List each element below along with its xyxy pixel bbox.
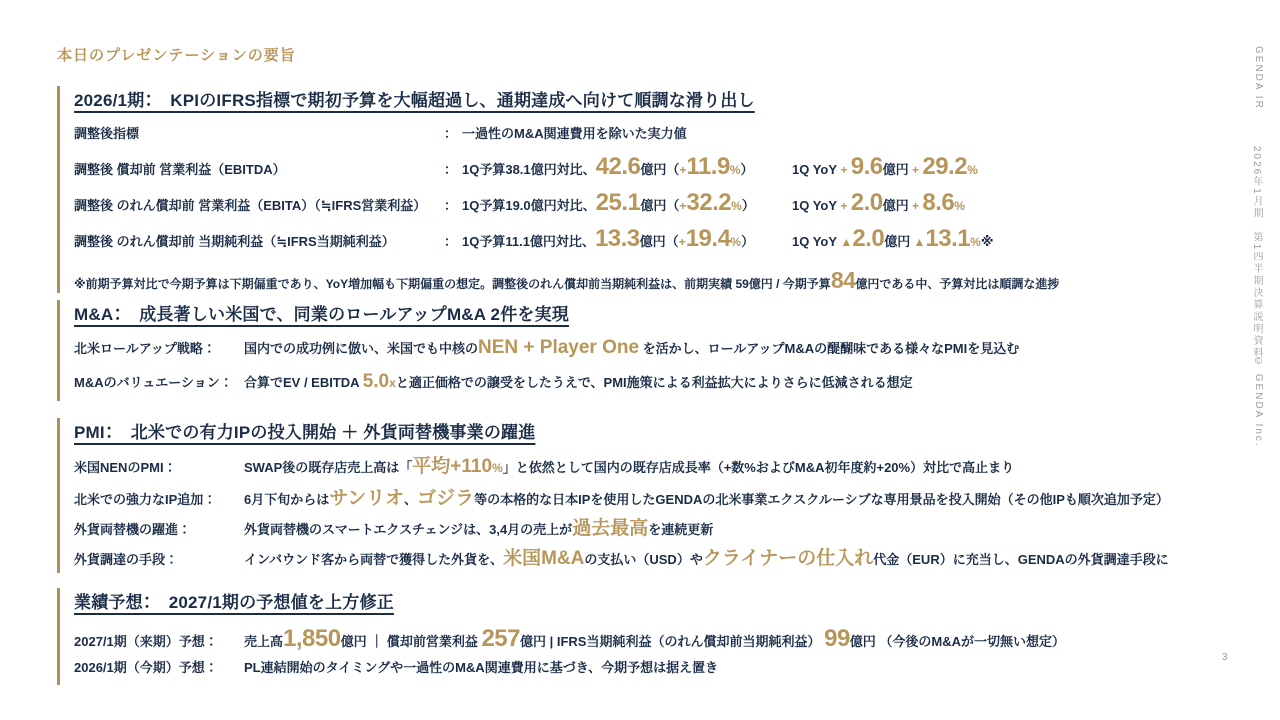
row-label: 調整後 のれん償却前 当期純利益（≒IFRS当期純利益） [74,231,444,250]
text-segment: % [954,199,965,213]
row-colon: ： [444,123,462,142]
row-label: 調整後指標 [74,123,444,142]
row-value: 1Q予算38.1億円対比、42.6億円（+11.9%） [462,153,792,181]
text-segment: 合算でEV / EBITDA [244,375,363,390]
text-segment: ゴジラ [417,488,474,509]
text-segment: 億円 [884,234,910,249]
section-forecast: 業績予想： 2027/1期の予想値を上方修正 2027/1期（来期）予想： 売上… [57,588,1232,685]
row-value: 売上高1,850億円 ｜ 償却前営業利益 257億円 | IFRS当期純利益（の… [244,625,1065,653]
section-kpi-heading-text: 2026/1期： KPIのIFRS指標で期初予算を大幅超過し、通期達成へ向けて順… [74,91,755,110]
row-value: SWAP後の既存店売上高は「平均+110%」と依然として国内の既存店成長率（+数… [244,451,1014,478]
text-segment: 億円である中、予算対比は順調な進捗 [855,275,1059,292]
row-label: 調整後 償却前 営業利益（EBITDA） [74,159,444,178]
text-segment: 1Q YoY [792,162,840,177]
text-segment: 1Q YoY [792,198,840,213]
text-segment: 6月下旬からは [244,492,329,507]
text-segment: を活かし、ロールアップM&Aの醍醐味である様々なPMIを見込む [639,341,1019,356]
text-segment: （ [666,162,679,177]
text-segment: 代金（EUR）に充当し、GENDAの外貨調達手段に [873,552,1168,567]
row-value: 合算でEV / EBITDA 5.0xと適正価格での譲受をしたうえで、PMI施策… [244,371,913,393]
section-ma-heading-text: M&A： 成長著しい米国で、同業のロールアップM&A 2件を実現 [74,305,569,324]
text-segment: NEN + Player One [478,337,639,358]
row-label: 北米ロールアップ戦略： [74,338,244,357]
row-value: 6月下旬からはサンリオ、ゴジラ等の本格的な日本IPを使用したGENDAの北米事業… [244,483,1169,510]
text-segment: を連続更新 [648,522,713,537]
text-segment: 13.1 [925,225,970,252]
text-segment: 等の本格的な日本IPを使用したGENDAの北米事業エクスクルーシブな専用景品を投… [474,492,1169,507]
text-segment: 42.6 [596,153,641,180]
text-segment: 25.1 [596,189,641,216]
text-segment: 19.4 [686,225,731,252]
section-kpi-heading: 2026/1期： KPIのIFRS指標で期初予算を大幅超過し、通期達成へ向けて順… [74,86,1232,111]
text-segment: 84 [831,267,856,294]
text-segment: 11.9 [686,153,729,180]
text-segment: 億円 [883,162,909,177]
footnote: ※前期予算対比で今期予算は下期偏重であり、YoY増加幅も下期偏重の想定。調整後の… [74,261,1232,293]
text-segment: 1,850 [283,625,341,652]
text-segment: 億円 [341,634,367,649]
text-segment: と適正価格での譲受をしたうえで、PMI施策による利益拡大によりさらに低減される想… [396,375,913,390]
row-currency-exchange: 外貨両替機の躍進： 外貨両替機のスマートエクスチェンジは、3,4月の売上が過去最… [74,513,1232,543]
row-colon: ： [444,159,462,178]
text-segment: （ [666,198,679,213]
row-yoy: 1Q YoY ▲2.0億円 ▲13.1%※ [792,225,993,253]
row-label: 北米での強力なIP追加： [74,489,244,508]
text-segment: 1Q予算19.0億円対比、 [462,198,596,213]
row-label: 2026/1期（今期）予想： [74,657,244,676]
row-ip-addition: 北米での強力なIP追加： 6月下旬からはサンリオ、ゴジラ等の本格的な日本IPを使… [74,483,1232,513]
text-segment: + [840,199,850,213]
row-value: 1Q予算11.1億円対比、13.3億円（+19.4%） [462,225,792,253]
text-segment: 平均+110 [412,456,492,477]
text-segment: + [679,235,686,249]
side-text-genda-ir: GENDA IR [1253,46,1264,110]
section-pmi-heading-text: PMI： 北米での有力IPの投入開始 ＋ 外貨両替機事業の躍進 [74,423,535,442]
row-colon: ： [444,231,462,250]
text-segment: 億円 [520,634,546,649]
text-segment: 5.0 [363,371,389,392]
section-kpi: 2026/1期： KPIのIFRS指標で期初予算を大幅超過し、通期達成へ向けて順… [57,86,1232,293]
page-title: 本日のプレゼンテーションの要旨 [57,44,296,65]
text-segment: 」と依然として国内の既存店成長率（+数%およびM&A初年度約+20%）対比で高止… [503,460,1014,475]
text-segment: 9.6 [851,153,883,180]
row-forecast-2026: 2026/1期（今期）予想： PL連結開始のタイミングや一過性のM&A関連費用に… [74,657,1232,685]
text-segment: ▲ [840,235,852,249]
text-segment: 億円 [640,198,666,213]
page-number: 3 [1222,652,1228,663]
row-label: 2027/1期（来期）予想： [74,631,244,650]
text-segment: 過去最高 [572,518,648,539]
text-segment: 99 [824,625,850,652]
metric-row-ebitda: 調整後 償却前 営業利益（EBITDA） ： 1Q予算38.1億円対比、42.6… [74,153,1232,189]
text-segment: | IFRS当期純利益（のれん償却前当期純利益） [546,634,824,649]
text-segment: 2.0 [851,189,883,216]
row-forecast-2027: 2027/1期（来期）予想： 売上高1,850億円 ｜ 償却前営業利益 257億… [74,625,1232,657]
text-segment: + [840,163,850,177]
row-yoy: 1Q YoY + 2.0億円 + 8.6% [792,189,965,217]
row-label: M&Aのバリュエーション： [74,372,244,391]
text-segment: ▲ [910,235,925,249]
text-segment: 米国M&A [503,548,584,569]
text-segment: 29.2 [922,153,967,180]
section-pmi-heading: PMI： 北米での有力IPの投入開始 ＋ 外貨両替機事業の躍進 [74,418,1232,443]
metric-row-ebita: 調整後 のれん償却前 営業利益（EBITA）（≒IFRS営業利益） ： 1Q予算… [74,189,1232,225]
text-segment: クライナーの仕入れ [703,548,873,569]
metric-row-net-income: 調整後 のれん償却前 当期純利益（≒IFRS当期純利益） ： 1Q予算11.1億… [74,225,1232,261]
text-segment: x [389,376,396,390]
text-segment: ） [742,198,755,213]
row-value: 一過性のM&A関連費用を除いた実力値 [462,123,792,142]
row-value: 国内での成功例に倣い、米国でも中核のNEN + Player One を活かし、… [244,337,1019,359]
text-segment: % [730,235,741,249]
row-ma-valuation: M&Aのバリュエーション： 合算でEV / EBITDA 5.0xと適正価格での… [74,371,1232,401]
text-segment: 13.3 [595,225,640,252]
text-segment: 1Q予算11.1億円対比、 [462,234,595,249]
text-segment: 一過性のM&A関連費用を除いた実力値 [462,126,687,141]
text-segment: SWAP後の既存店売上高は「 [244,460,412,475]
text-segment: 1Q予算38.1億円対比、 [462,162,596,177]
text-segment: サンリオ [329,488,404,509]
row-value: PL連結開始のタイミングや一過性のM&A関連費用に基づき、今期予想は据え置き [244,657,718,676]
row-nen-pmi: 米国NENのPMI： SWAP後の既存店売上高は「平均+110%」と依然として国… [74,451,1232,483]
text-segment: ） [741,234,754,249]
text-segment: + [909,163,923,177]
row-value: 外貨両替機のスマートエクスチェンジは、3,4月の売上が過去最高を連続更新 [244,513,713,540]
text-segment: 1Q YoY [792,234,840,249]
text-segment: 32.2 [686,189,731,216]
row-yoy: 1Q YoY + 9.6億円 + 29.2% [792,153,978,181]
text-segment: 売上高 [244,634,283,649]
text-segment: 億円 [883,198,909,213]
text-segment: 8.6 [922,189,954,216]
row-label: 米国NENのPMI： [74,457,244,476]
section-forecast-heading: 業績予想： 2027/1期の予想値を上方修正 [74,588,1232,613]
row-label: 調整後 のれん償却前 営業利益（EBITA）（≒IFRS営業利益） [74,195,444,214]
row-label: 外貨調達の手段： [74,549,244,568]
text-segment: + [909,199,923,213]
text-segment: % [970,235,981,249]
section-forecast-heading-text: 業績予想： 2027/1期の予想値を上方修正 [74,593,394,612]
text-segment: の支払い（USD）や [584,552,702,567]
text-segment: 国内での成功例に倣い、米国でも中核の [244,341,478,356]
side-text-copyright: © GENDA Inc. [1253,356,1264,448]
text-segment: インバウンド客から両替で獲得した外貨を、 [244,552,503,567]
text-segment: % [730,163,741,177]
section-pmi: PMI： 北米での有力IPの投入開始 ＋ 外貨両替機事業の躍進 米国NENのPM… [57,418,1232,573]
row-fx-procurement: 外貨調達の手段： インバウンド客から両替で獲得した外貨を、米国M&Aの支払い（U… [74,543,1232,573]
text-segment: ） [740,162,753,177]
text-segment: （ [666,234,679,249]
text-segment: ※前期予算対比で今期予算は下期偏重であり、YoY増加幅も下期偏重の想定。調整後の… [74,275,831,292]
text-segment: % [731,199,742,213]
row-rollup-strategy: 北米ロールアップ戦略： 国内での成功例に倣い、米国でも中核のNEN + Play… [74,337,1232,371]
text-segment: 257 [481,625,520,652]
row-value: 1Q予算19.0億円対比、25.1億円（+32.2%） [462,189,792,217]
row-colon: ： [444,195,462,214]
metric-row-adjusted-indicator: 調整後指標 ： 一過性のM&A関連費用を除いた実力値 [74,123,1232,153]
row-label: 外貨両替機の躍進： [74,519,244,538]
text-segment: % [967,163,978,177]
text-segment: PL連結開始のタイミングや一過性のM&A関連費用に基づき、今期予想は据え置き [244,660,718,675]
slide: 本日のプレゼンテーションの要旨 2026/1期： KPIのIFRS指標で期初予算… [0,0,1280,720]
text-segment: 2.0 [852,225,884,252]
text-segment: 億円 [640,162,666,177]
text-segment: ｜ 償却前営業利益 [367,634,482,649]
text-segment: 億円 [640,234,666,249]
section-ma: M&A： 成長著しい米国で、同業のロールアップM&A 2件を実現 北米ロールアッ… [57,300,1232,401]
text-segment: ※ [981,234,994,249]
text-segment: 、 [404,492,417,507]
text-segment: 億円 [850,634,876,649]
side-text-report-title: 2026年1月期 第1四半期決算説明資料 [1249,146,1264,359]
row-value: インバウンド客から両替で獲得した外貨を、米国M&Aの支払い（USD）やクライナー… [244,543,1169,570]
text-segment: % [492,461,503,475]
text-segment: （今後のM&Aが一切無い想定） [876,634,1065,649]
section-ma-heading: M&A： 成長著しい米国で、同業のロールアップM&A 2件を実現 [74,300,1232,325]
text-segment: 外貨両替機のスマートエクスチェンジは、3,4月の売上が [244,522,572,537]
